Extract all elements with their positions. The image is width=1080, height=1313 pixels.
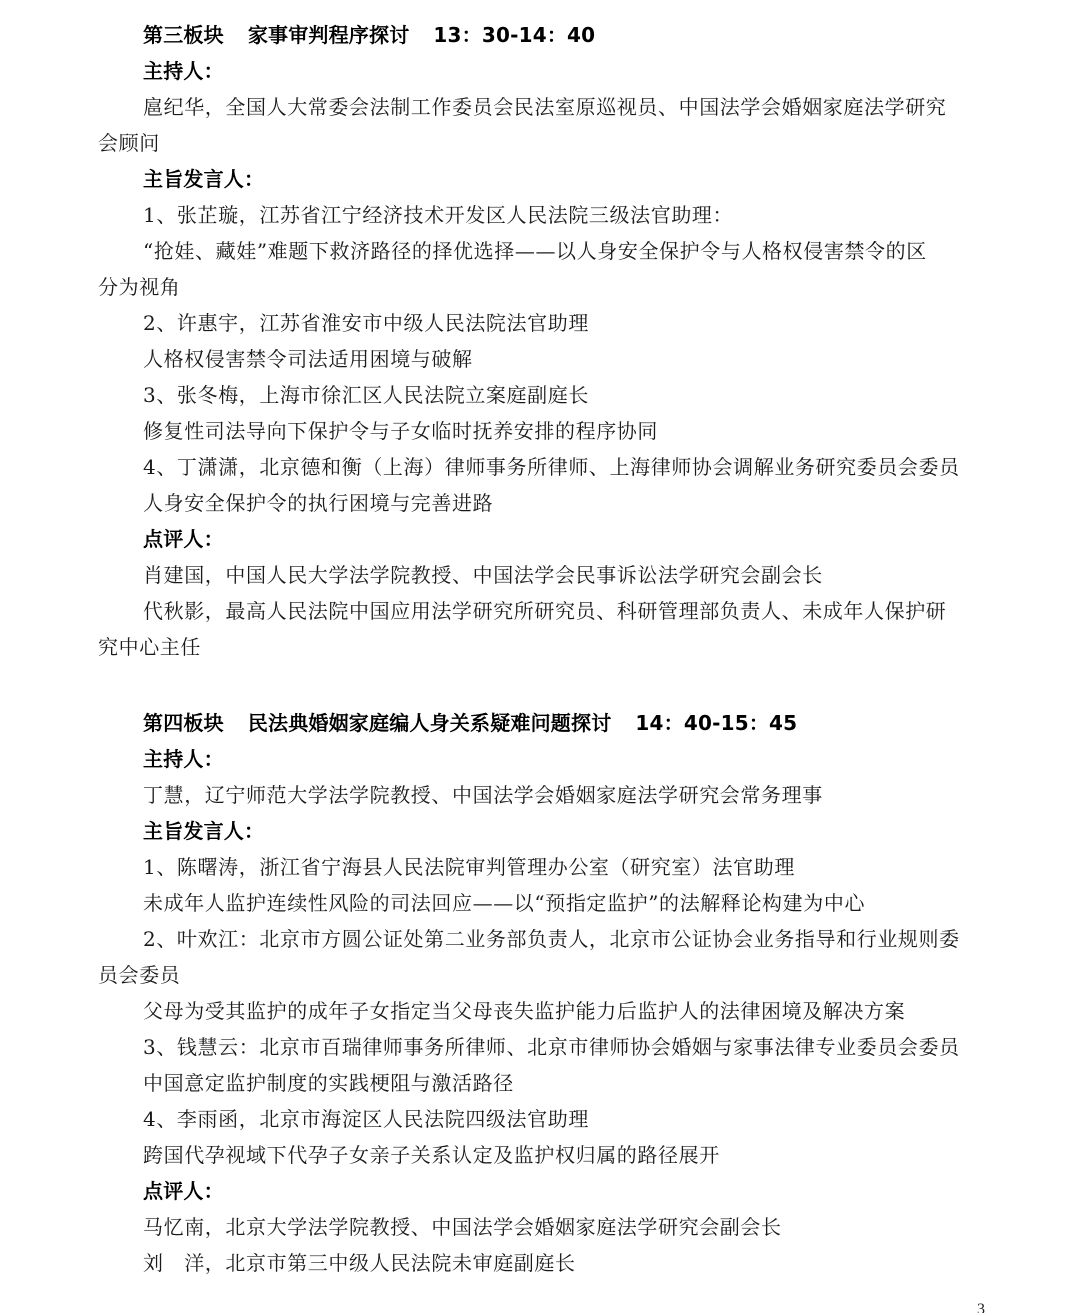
section-3-speaker-3-topic: 修复性司法导向下保护令与子女临时抚养安排的程序协同 [98, 419, 998, 443]
section-3-speaker-1-topic-1: “抢娃、藏娃”难题下救济路径的择优选择——以人身安全保护令与人格权侵害禁令的区 [98, 239, 998, 263]
section-4-speaker-4: 4、李雨函，北京市海淀区人民法院四级法官助理 [98, 1107, 998, 1131]
section-3-reviewer-2-line-1: 代秋影，最高人民法院中国应用法学研究所研究员、科研管理部负责人、未成年人保护研 [98, 599, 998, 623]
section-4-speaker-2-line-2: 员会委员 [98, 963, 998, 987]
section-4-speaker-4-topic: 跨国代孕视域下代孕子女亲子关系认定及监护权归属的路径展开 [98, 1143, 998, 1167]
section-4-speakers-label: 主旨发言人： [98, 819, 998, 843]
section-3-host-label: 主持人： [98, 59, 998, 83]
section-4-speaker-2-line-1: 2、叶欢江：北京市方圆公证处第二业务部负责人，北京市公证协会业务指导和行业规则委 [98, 927, 998, 951]
section-3-speakers-label: 主旨发言人： [98, 167, 998, 191]
section-3-speaker-2: 2、许惠宇，江苏省淮安市中级人民法院法官助理 [98, 311, 998, 335]
section-3-time: 13：30-14：40 [433, 23, 595, 47]
section-4-reviewers-label: 点评人： [98, 1179, 998, 1203]
section-3-speaker-3: 3、张冬梅，上海市徐汇区人民法院立案庭副庭长 [98, 383, 998, 407]
section-4-block: 第四板块 [143, 711, 224, 735]
section-4-reviewer-1: 马忆南，北京大学法学院教授、中国法学会婚姻家庭法学研究会副会长 [98, 1215, 998, 1239]
section-3-speaker-1: 1、张芷璇，江苏省江宁经济技术开发区人民法院三级法官助理： [98, 203, 998, 227]
section-3-topic: 家事审判程序探讨 [248, 23, 410, 47]
section-3-reviewer-1: 肖建国，中国人民大学法学院教授、中国法学会民事诉讼法学研究会副会长 [98, 563, 998, 587]
section-3-block: 第三板块 [143, 23, 224, 47]
section-4-speaker-1: 1、陈曙涛，浙江省宁海县人民法院审判管理办公室（研究室）法官助理 [98, 855, 998, 879]
section-4-host-label: 主持人： [98, 747, 998, 771]
section-3-host-line-1: 扈纪华，全国人大常委会法制工作委员会民法室原巡视员、中国法学会婚姻家庭法学研究 [98, 95, 998, 119]
section-4-time: 14：40-15：45 [635, 711, 797, 735]
section-4-topic: 民法典婚姻家庭编人身关系疑难问题探讨 [248, 711, 612, 735]
section-3-host-line-2: 会顾问 [98, 131, 998, 155]
section-3-speaker-1-topic-2: 分为视角 [98, 275, 998, 299]
section-4-speaker-3: 3、钱慧云：北京市百瑞律师事务所律师、北京市律师协会婚姻与家事法律专业委员会委员 [98, 1035, 998, 1059]
section-4-speaker-2-topic: 父母为受其监护的成年子女指定当父母丧失监护能力后监护人的法律困境及解决方案 [98, 999, 998, 1023]
section-4-reviewer-2: 刘 洋，北京市第三中级人民法院未审庭副庭长 [98, 1251, 998, 1275]
section-4-speaker-1-topic: 未成年人监护连续性风险的司法回应——以“预指定监护”的法解释论构建为中心 [98, 891, 998, 915]
section-3-heading: 第三板块家事审判程序探讨13：30-14：40 [98, 23, 998, 47]
section-3-reviewers-label: 点评人： [98, 527, 998, 551]
section-3-speaker-4-topic: 人身安全保护令的执行困境与完善进路 [98, 491, 998, 515]
section-3-speaker-2-topic: 人格权侵害禁令司法适用困境与破解 [98, 347, 998, 371]
section-4-heading: 第四板块民法典婚姻家庭编人身关系疑难问题探讨14：40-15：45 [98, 711, 998, 735]
section-4-speaker-3-topic: 中国意定监护制度的实践梗阻与激活路径 [98, 1071, 998, 1095]
section-3-speaker-4: 4、丁潇潇，北京德和衡（上海）律师事务所律师、上海律师协会调解业务研究委员会委员 [98, 455, 998, 479]
section-4-host-line-1: 丁慧，辽宁师范大学法学院教授、中国法学会婚姻家庭法学研究会常务理事 [98, 783, 998, 807]
page-number: 3 [977, 1300, 985, 1313]
section-3-reviewer-2-line-2: 究中心主任 [98, 635, 998, 659]
document-page: 第三板块家事审判程序探讨13：30-14：40 主持人： 扈纪华，全国人大常委会… [0, 0, 1080, 1313]
